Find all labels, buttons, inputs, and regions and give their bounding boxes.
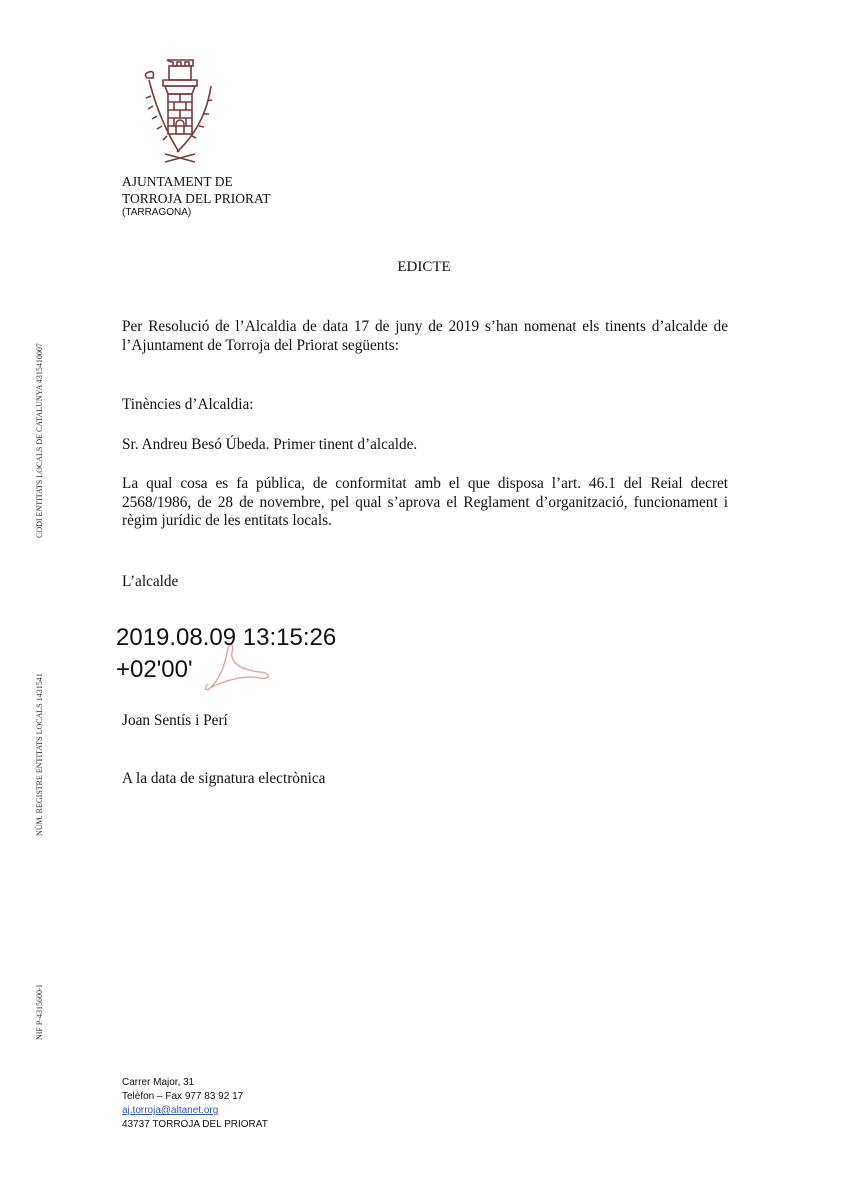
footer-phone: Telèfon – Fax 977 83 92 17 bbox=[122, 1090, 243, 1104]
footer-city: 43737 TORROJA DEL PRIORAT bbox=[122, 1118, 268, 1132]
intro-paragraph: Per Resolució de l’Alcaldia de data 17 d… bbox=[122, 318, 728, 355]
legal-paragraph: La qual cosa es fa pública, de conformit… bbox=[122, 475, 728, 531]
signer-name: Joan Sentís i Perí bbox=[122, 712, 728, 731]
section-heading: Tinències d’Alcaldia: bbox=[122, 396, 728, 415]
side-label-nif: NIF P-4315600-I bbox=[35, 985, 44, 1040]
side-label-registre: NÚM. REGISTRE ENTITATS LOCALS 1431541 bbox=[35, 673, 44, 836]
signer-role: L’alcalde bbox=[122, 573, 728, 592]
footer-email-link[interactable]: aj.torroja@altanet.org bbox=[122, 1105, 218, 1116]
org-name-line1: AJUNTAMENT DE bbox=[122, 173, 233, 190]
signature-timezone: +02'00' bbox=[116, 655, 193, 685]
castle-coat-of-arms-icon bbox=[135, 56, 225, 166]
org-name-line2: TORROJA DEL PRIORAT bbox=[122, 190, 271, 207]
date-note: A la data de signatura electrònica bbox=[122, 770, 728, 789]
document-title: EDICTE bbox=[0, 259, 848, 276]
org-province: (TARRAGONA) bbox=[122, 207, 191, 218]
appointment-line: Sr. Andreu Besó Úbeda. Primer tinent d’a… bbox=[122, 436, 728, 455]
footer-address: Carrer Major, 31 bbox=[122, 1076, 194, 1090]
signature-datetime: 2019.08.09 13:15:26 bbox=[116, 623, 336, 653]
side-label-codi: CODI ENTITATS LOCALS DE CATALUNYA 431541… bbox=[35, 343, 44, 538]
